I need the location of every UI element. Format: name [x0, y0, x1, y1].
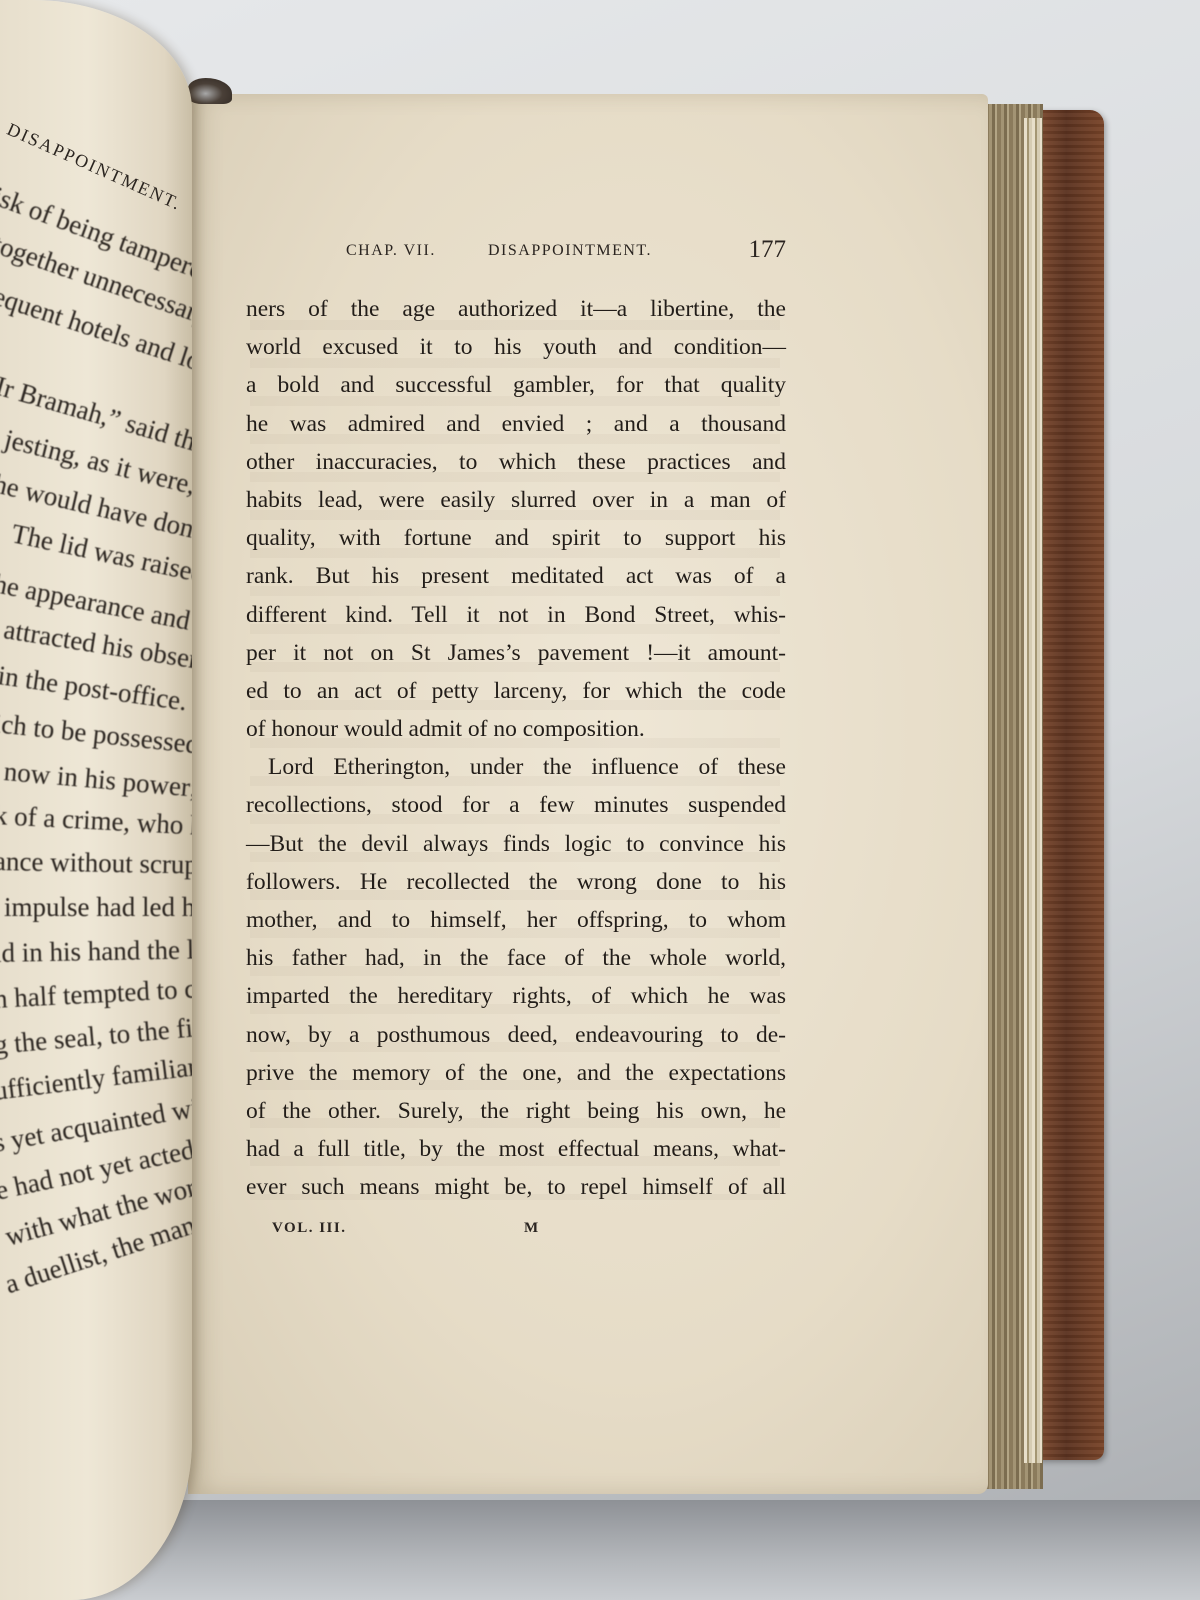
- text-line: had a full title, by the most effectual …: [246, 1130, 786, 1168]
- volume-label: VOL. III.: [272, 1220, 346, 1237]
- text-line: Lord Etherington, under the influence of…: [246, 748, 786, 786]
- book-photo-scene: CHAP. VII. DISAPPOINTMENT. 177 ners of t…: [0, 0, 1200, 1600]
- text-line: a bold and successful gambler, for that …: [246, 366, 786, 404]
- text-line: recollections, stood for a few minutes s…: [246, 786, 786, 824]
- text-line: g the seal, to the fiery: [0, 1010, 192, 1061]
- text-line: now, by a posthumous deed, endeavouring …: [246, 1016, 786, 1054]
- text-line: —But the devil always finds logic to con…: [246, 825, 786, 863]
- text-line: quality, with fortune and spirit to supp…: [246, 519, 786, 557]
- text-line: different kind. Tell it not in Bond Stre…: [246, 596, 786, 634]
- text-line: k of a crime, who hav: [0, 800, 192, 843]
- page-footer: VOL. III. M: [272, 1220, 572, 1244]
- text-line: he was admired and envied ; and a thousa…: [246, 405, 786, 443]
- page-number: 177: [749, 236, 787, 264]
- text-line: ners of the age authorized it—a libertin…: [246, 290, 786, 328]
- page-body-text: ners of the age authorized it—a libertin…: [246, 290, 786, 1207]
- text-line: ance without scruple—: [0, 846, 192, 881]
- text-line: ld in his hand the le: [0, 934, 192, 969]
- text-line: ever such means might be, to repel himse…: [246, 1168, 786, 1206]
- text-line: n half tempted to con: [0, 972, 192, 1015]
- spine-headband: [188, 78, 232, 104]
- text-line: now in his power; bu: [3, 756, 192, 807]
- text-line: mother, and to himself, her offspring, t…: [246, 901, 786, 939]
- text-line: world excused it to his youth and condit…: [246, 328, 786, 366]
- left-page-text: DISAPPOINTMENT. isk of being tampered wi…: [0, 0, 192, 1600]
- running-head-chapter: CHAP. VII.: [346, 242, 436, 260]
- text-line: impulse had led him t: [4, 892, 192, 923]
- text-line: imparted the hereditary rights, of which…: [246, 977, 786, 1015]
- left-page-curved: DISAPPOINTMENT. isk of being tampered wi…: [0, 0, 192, 1600]
- text-line: of honour would admit of no composition.: [246, 710, 786, 748]
- signature-mark: M: [524, 1220, 540, 1237]
- text-line: other inaccuracies, to which these pract…: [246, 443, 786, 481]
- text-line: prive the memory of the one, and the exp…: [246, 1054, 786, 1092]
- text-line: of the other. Surely, the right being hi…: [246, 1092, 786, 1130]
- text-line: habits lead, were easily slurred over in…: [246, 481, 786, 519]
- text-line: rank. But his present meditated act was …: [246, 557, 786, 595]
- text-line: his father had, in the face of the whole…: [246, 939, 786, 977]
- text-line: per it not on St James’s pavement !—it a…: [246, 634, 786, 672]
- text-line: followers. He recollected the wrong done…: [246, 863, 786, 901]
- running-head-title: DISAPPOINTMENT.: [488, 242, 652, 260]
- text-line: ed to an act of petty larceny, for which…: [246, 672, 786, 710]
- running-head: CHAP. VII. DISAPPOINTMENT. 177: [346, 238, 786, 268]
- page-fore-edge-highlight: [1024, 118, 1042, 1463]
